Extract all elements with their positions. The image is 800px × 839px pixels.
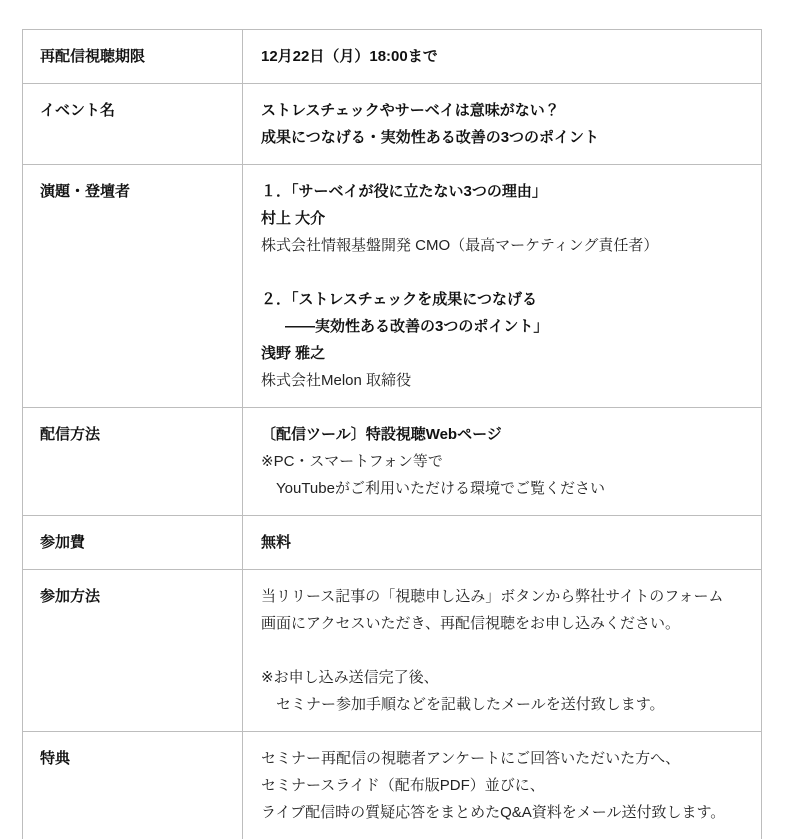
row-value-fee: 無料 — [243, 516, 762, 570]
row-label-delivery-method: 配信方法 — [23, 408, 243, 516]
row-label-speakers: 演題・登壇者 — [23, 165, 243, 408]
speaker-2-name: 浅野 雅之 — [261, 340, 747, 367]
delivery-tool: 〔配信ツール〕特設視聴Webページ — [261, 421, 747, 448]
participation-line-2: 画面にアクセスいただき、再配信視聴をお申し込みください。 — [261, 610, 747, 637]
fee-text: 無料 — [261, 529, 747, 556]
row-value-delivery-method: 〔配信ツール〕特設視聴Webページ ※PC・スマートフォン等で YouTubeが… — [243, 408, 762, 516]
row-value-participation-method: 当リリース記事の「視聴申し込み」ボタンから弊社サイトのフォーム 画面にアクセスい… — [243, 570, 762, 732]
row-label-rebroadcast-deadline: 再配信視聴期限 — [23, 30, 243, 84]
row-label-benefits: 特典 — [23, 732, 243, 839]
row-value-rebroadcast-deadline: 12月22日（月）18:00まで — [243, 30, 762, 84]
participation-note-line-2: セミナー参加手順などを記載したメールを送付致します。 — [261, 691, 747, 718]
deadline-text: 12月22日（月）18:00まで — [261, 43, 747, 70]
participation-note-line-1: ※お申し込み送信完了後、 — [261, 664, 747, 691]
table-row-benefits: 特典 セミナー再配信の視聴者アンケートにご回答いただいた方へ、 セミナースライド… — [23, 732, 762, 839]
spacer-line — [261, 259, 747, 286]
row-value-speakers: １．「サーベイが役に立たない3つの理由」 村上 大介 株式会社情報基盤開発 CM… — [243, 165, 762, 408]
talk-1-title: １．「サーベイが役に立たない3つの理由」 — [261, 178, 747, 205]
seminar-info-section: 再配信視聴期限 12月22日（月）18:00まで イベント名 ストレスチェックや… — [22, 29, 762, 839]
table-row-fee: 参加費 無料 — [23, 516, 762, 570]
benefits-line-1: セミナー再配信の視聴者アンケートにご回答いただいた方へ、 — [261, 745, 747, 772]
row-label-event-name: イベント名 — [23, 84, 243, 165]
seminar-info-table: 再配信視聴期限 12月22日（月）18:00まで イベント名 ストレスチェックや… — [22, 29, 762, 839]
event-title-line-1: ストレスチェックやサーベイは意味がない？ — [261, 97, 747, 124]
table-row-speakers: 演題・登壇者 １．「サーベイが役に立たない3つの理由」 村上 大介 株式会社情報… — [23, 165, 762, 408]
table-row-event-name: イベント名 ストレスチェックやサーベイは意味がない？ 成果につなげる・実効性ある… — [23, 84, 762, 165]
event-title-line-2: 成果につなげる・実効性ある改善の3つのポイント — [261, 124, 747, 151]
speaker-1-affiliation: 株式会社情報基盤開発 CMO（最高マーケティング責任者） — [261, 232, 747, 259]
row-value-event-name: ストレスチェックやサーベイは意味がない？ 成果につなげる・実効性ある改善の3つの… — [243, 84, 762, 165]
benefits-line-2: セミナースライド（配布版PDF）並びに、 — [261, 772, 747, 799]
speaker-2-affiliation: 株式会社Melon 取締役 — [261, 367, 747, 394]
benefits-line-3: ライブ配信時の質疑応答をまとめたQ&A資料をメール送付致します。 — [261, 799, 747, 826]
row-label-fee: 参加費 — [23, 516, 243, 570]
row-value-benefits: セミナー再配信の視聴者アンケートにご回答いただいた方へ、 セミナースライド（配布… — [243, 732, 762, 839]
table-row-rebroadcast-deadline: 再配信視聴期限 12月22日（月）18:00まで — [23, 30, 762, 84]
talk-2-title-line-1: ２．「ストレスチェックを成果につなげる — [261, 286, 747, 313]
table-row-participation-method: 参加方法 当リリース記事の「視聴申し込み」ボタンから弊社サイトのフォーム 画面に… — [23, 570, 762, 732]
talk-2-title-line-2: ――実効性ある改善の3つのポイント」 — [261, 313, 747, 340]
table-row-delivery-method: 配信方法 〔配信ツール〕特設視聴Webページ ※PC・スマートフォン等で You… — [23, 408, 762, 516]
participation-line-1: 当リリース記事の「視聴申し込み」ボタンから弊社サイトのフォーム — [261, 583, 747, 610]
delivery-note-line-2: YouTubeがご利用いただける環境でご覧ください — [261, 475, 747, 502]
spacer-line — [261, 637, 747, 664]
row-label-participation-method: 参加方法 — [23, 570, 243, 732]
speaker-1-name: 村上 大介 — [261, 205, 747, 232]
delivery-note-line-1: ※PC・スマートフォン等で — [261, 448, 747, 475]
